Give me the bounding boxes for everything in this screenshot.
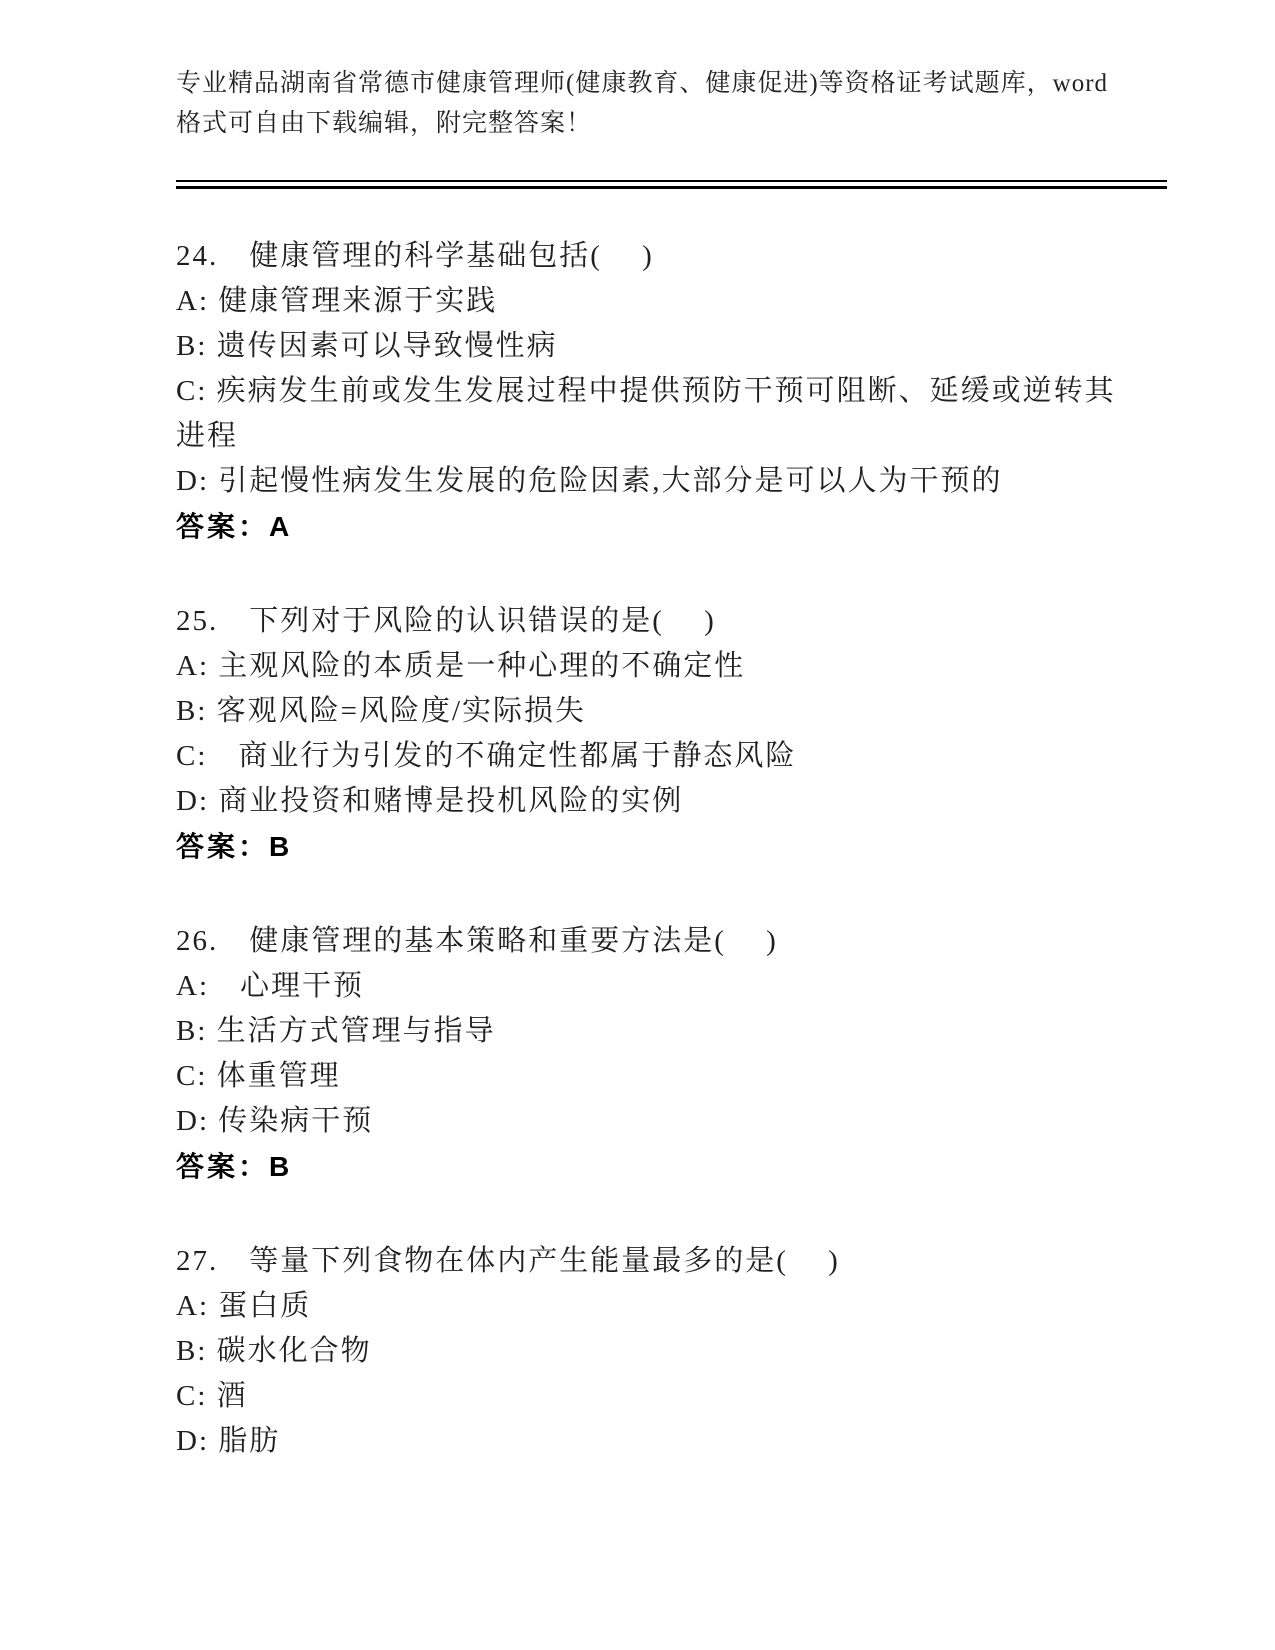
question-24-answer: 答案：A	[176, 504, 1167, 549]
question-list: 24. 健康管理的科学基础包括( ) A: 健康管理来源于实践 B: 遗传因素可…	[176, 234, 1167, 1464]
question-25-option-b: B: 客观风险=风险度/实际损失	[176, 689, 1167, 734]
question-26: 26. 健康管理的基本策略和重要方法是( ) A: 心理干预 B: 生活方式管理…	[176, 919, 1167, 1189]
question-26-answer: 答案：B	[176, 1144, 1167, 1189]
question-26-option-b: B: 生活方式管理与指导	[176, 1009, 1167, 1054]
question-25: 25. 下列对于风险的认识错误的是( ) A: 主观风险的本质是一种心理的不确定…	[176, 599, 1167, 869]
question-27-title: 27. 等量下列食物在体内产生能量最多的是( )	[176, 1239, 1167, 1284]
question-26-option-c: C: 体重管理	[176, 1054, 1167, 1099]
question-24-option-c-continued: 进程	[176, 414, 1167, 459]
header-line-2: 格式可自由下载编辑，附完整答案！	[176, 104, 1167, 144]
question-27-option-a: A: 蛋白质	[176, 1284, 1167, 1329]
question-27-option-c: C: 酒	[176, 1374, 1167, 1419]
document-page: 专业精品湖南省常德市健康管理师(健康教育、健康促进)等资格证考试题库，word …	[0, 0, 1275, 1650]
header-line-1: 专业精品湖南省常德市健康管理师(健康教育、健康促进)等资格证考试题库，word	[176, 64, 1167, 104]
question-27-option-d: D: 脂肪	[176, 1419, 1167, 1464]
question-25-title: 25. 下列对于风险的认识错误的是( )	[176, 599, 1167, 644]
question-24-title: 24. 健康管理的科学基础包括( )	[176, 234, 1167, 279]
question-24: 24. 健康管理的科学基础包括( ) A: 健康管理来源于实践 B: 遗传因素可…	[176, 234, 1167, 549]
question-25-option-c: C: 商业行为引发的不确定性都属于静态风险	[176, 734, 1167, 779]
question-24-option-a: A: 健康管理来源于实践	[176, 279, 1167, 324]
question-24-option-c: C: 疾病发生前或发生发展过程中提供预防干预可阻断、延缓或逆转其	[176, 369, 1167, 414]
question-27: 27. 等量下列食物在体内产生能量最多的是( ) A: 蛋白质 B: 碳水化合物…	[176, 1239, 1167, 1464]
question-26-title: 26. 健康管理的基本策略和重要方法是( )	[176, 919, 1167, 964]
question-25-option-d: D: 商业投资和赌博是投机风险的实例	[176, 779, 1167, 824]
header-divider-rule	[176, 180, 1167, 189]
question-27-option-b: B: 碳水化合物	[176, 1329, 1167, 1374]
question-24-option-b: B: 遗传因素可以导致慢性病	[176, 324, 1167, 369]
question-26-option-d: D: 传染病干预	[176, 1099, 1167, 1144]
question-24-option-d: D: 引起慢性病发生发展的危险因素,大部分是可以人为干预的	[176, 459, 1167, 504]
question-25-answer: 答案：B	[176, 824, 1167, 869]
document-header: 专业精品湖南省常德市健康管理师(健康教育、健康促进)等资格证考试题库，word …	[176, 64, 1167, 144]
question-25-option-a: A: 主观风险的本质是一种心理的不确定性	[176, 644, 1167, 689]
question-26-option-a: A: 心理干预	[176, 964, 1167, 1009]
